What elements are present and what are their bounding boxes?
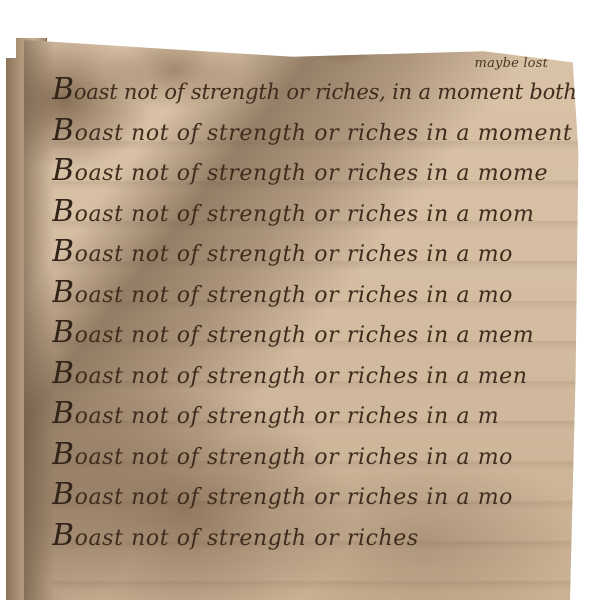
handwritten-line: Boast not of strength or riches in a mo [52,273,584,314]
line-text: moment both [431,80,577,104]
manuscript-page: maybe lost Boast not of strength or rich… [24,40,584,600]
manuscript-photo: maybe lost Boast not of strength or rich… [0,0,600,600]
line-text: oast not of strength or riches in a mom [75,202,535,227]
handwritten-line: Boast not of strength or riches in a mo [52,435,584,476]
initial-capital: B [52,113,75,148]
handwritten-line: Boast not of strength or riches in a mom [52,192,584,233]
initial-capital: B [52,315,75,350]
initial-capital: B [52,234,75,269]
line-text: oast not of strength or riches [75,526,419,551]
initial-capital: B [52,356,75,391]
line-text: oast not of strength or riches in a m [75,404,500,429]
initial-capital: B [52,518,75,553]
handwritten-line: Boast not of strength or riches in a mem [52,313,584,354]
handwritten-line: Boast not of strength or riches in a men [52,354,584,395]
handwritten-line: Boast not of strength or riches in a m [52,394,584,435]
initial-capital: B [52,194,75,229]
initial-capital: B [52,153,75,188]
handwritten-lines: Boast not of strength or riches, in a mo… [52,70,584,556]
handwritten-line: Boast not of strength or riches in a mo [52,475,584,516]
initial-capital: B [52,72,74,107]
line-text: oast not of strength or riches in a mo [75,242,513,267]
line-text: oast not of strength or riches in a mo [75,283,513,308]
inserted-word: a [412,80,431,104]
line-text: oast not of strength or riches, in [74,80,412,104]
handwritten-line: Boast not of strength or riches in a mom… [52,151,584,192]
line-text: oast not of strength or riches in a mo [75,485,513,510]
handwritten-line: Boast not of strength or riches in a mom… [52,111,584,152]
water-stain [24,40,54,600]
initial-capital: B [52,396,75,431]
line-text: oast not of strength or riches in a mome… [75,121,573,146]
line-text: oast not of strength or riches in a men [75,364,528,389]
initial-capital: B [52,437,75,472]
line-text: oast not of strength or riches in a mome [75,161,548,186]
line-text: oast not of strength or riches in a mo [75,445,513,470]
initial-capital: B [52,275,75,310]
handwritten-line-1: Boast not of strength or riches, in a mo… [52,70,584,111]
initial-capital: B [52,477,75,512]
handwritten-line: Boast not of strength or riches in a mo [52,232,584,273]
line-text: oast not of strength or riches in a mem [75,323,535,348]
marginal-note: maybe lost [475,56,548,71]
handwritten-line: Boast not of strength or riches [52,516,584,557]
